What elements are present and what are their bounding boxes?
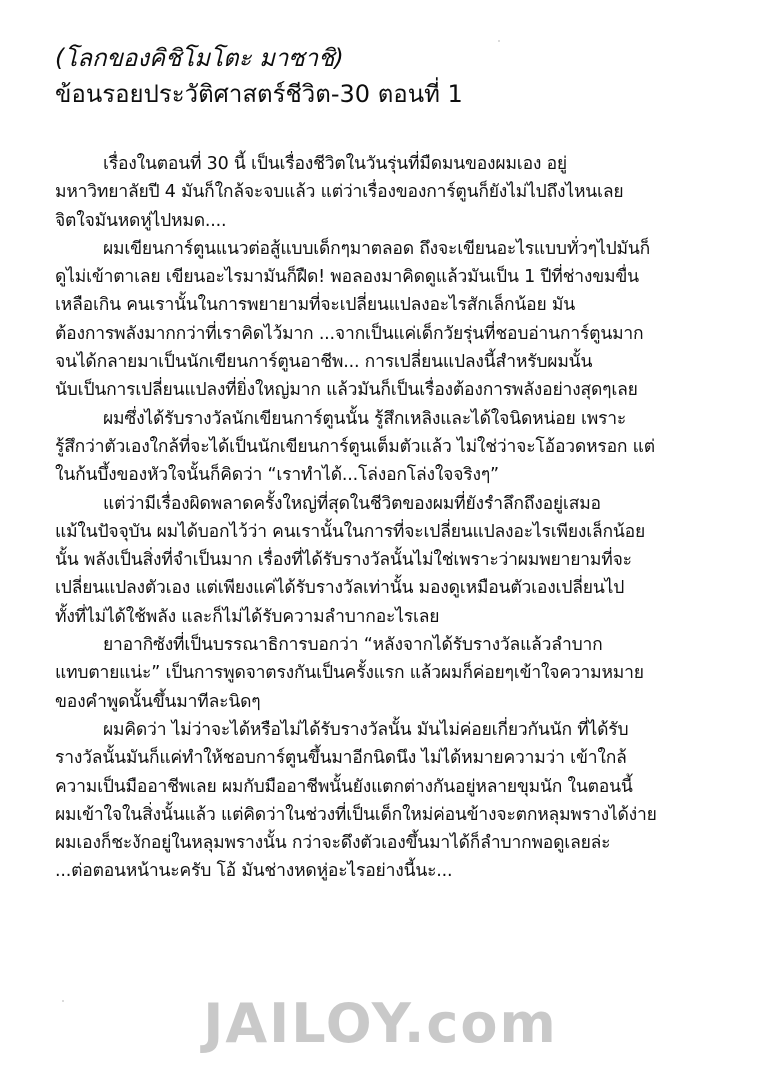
- text-line: ผมซึ่งได้รับรางวัลนักเขียนการ์ตูนนั้น รู…: [55, 405, 735, 433]
- text-line: เปลี่ยนแปลงตัวเอง แต่เพียงแค่ได้รับรางวั…: [55, 574, 735, 602]
- text-line: ผมคิดว่า ไม่ว่าจะได้หรือไม่ได้รับรางวัลน…: [55, 716, 735, 744]
- text-line: ...ต่อตอนหน้านะครับ โอ้ มันช่างหดหู่อะไร…: [55, 857, 735, 885]
- text-line: รู้สึกว่าตัวเองใกล้ที่จะได้เป็นนักเขียนก…: [55, 433, 735, 461]
- text-line: รางวัลนั้นมันก็แค่ทำให้ชอบการ์ตูนขึ้นมาอ…: [55, 744, 735, 772]
- body-text: เรื่องในตอนที่ 30 นี้ เป็นเรื่องชีวิตในว…: [55, 150, 735, 886]
- text-line: เรื่องในตอนที่ 30 นี้ เป็นเรื่องชีวิตในว…: [55, 150, 735, 178]
- text-line: จนได้กลายมาเป็นนักเขียนการ์ตูนอาชีพ... ก…: [55, 348, 735, 376]
- text-line: ดูไม่เข้าตาเลย เขียนอะไรมามันก็ฝืด! พอลอ…: [55, 263, 735, 291]
- series-title: (โลกของคิชิโมโตะ มาซาชิ): [55, 40, 735, 76]
- text-line: นับเป็นการเปลี่ยนแปลงที่ยิ่งใหญ่มาก แล้ว…: [55, 376, 735, 404]
- text-line: ผมเขียนการ์ตูนแนวต่อสู้แบบเด็กๆมาตลอด ถึ…: [55, 235, 735, 263]
- text-line: ความเป็นมืออาชีพเลย ผมกับมืออาชีพนั้นยัง…: [55, 773, 735, 801]
- text-line: แต่ว่ามีเรื่องผิดพลาดครั้งใหญ่ที่สุดในชี…: [55, 490, 735, 518]
- text-line: ยาอากิซังที่เป็นบรรณาธิการบอกว่า “หลังจา…: [55, 631, 735, 659]
- text-line: ผมเองก็ชะงักอยู่ในหลุมพรางนั้น กว่าจะดึง…: [55, 829, 735, 857]
- text-line: เหลือเกิน คนเรานั้นในการพยายามที่จะเปลี่…: [55, 291, 735, 319]
- chapter-heading: ข้อนรอยประวัติศาสตร์ชีวิต-30 ตอนที่ 1: [55, 76, 735, 112]
- text-line: ผมเข้าใจในสิ่งนั้นแล้ว แต่คิดว่าในช่วงที…: [55, 801, 735, 829]
- title-block: (โลกของคิชิโมโตะ มาซาชิ) ข้อนรอยประวัติศ…: [55, 40, 735, 112]
- text-line: ของคำพูดนั้นขึ้นมาทีละนิดๆ: [55, 688, 735, 716]
- text-line: ทั้งที่ไม่ได้ใช้พลัง และก็ไม่ได้รับความล…: [55, 603, 735, 631]
- text-line: แม้ในปัจจุบัน ผมได้บอกไว้ว่า คนเรานั้นใน…: [55, 518, 735, 546]
- text-line: แทบตายแน่ะ” เป็นการพูดจาตรงกันเป็นครั้งแ…: [55, 659, 735, 687]
- scan-speck: [498, 40, 500, 42]
- text-line: ต้องการพลังมากกว่าที่เราคิดไว้มาก ...จาก…: [55, 320, 735, 348]
- watermark: JAILOY.com: [0, 992, 761, 1056]
- text-line: จิตใจมันหดหู่ไปหมด....: [55, 207, 735, 235]
- text-line: มหาวิทยาลัยปี 4 มันก็ใกล้จะจบแล้ว แต่ว่า…: [55, 178, 735, 206]
- text-line: นั้น พลังเป็นสิ่งที่จำเป็นมาก เรื่องที่ไ…: [55, 546, 735, 574]
- text-line: ในก้นบึ้งของหัวใจนั้นก็คิดว่า “เราทำได้.…: [55, 461, 735, 489]
- scanned-page: (โลกของคิชิโมโตะ มาซาชิ) ข้อนรอยประวัติศ…: [0, 0, 761, 1076]
